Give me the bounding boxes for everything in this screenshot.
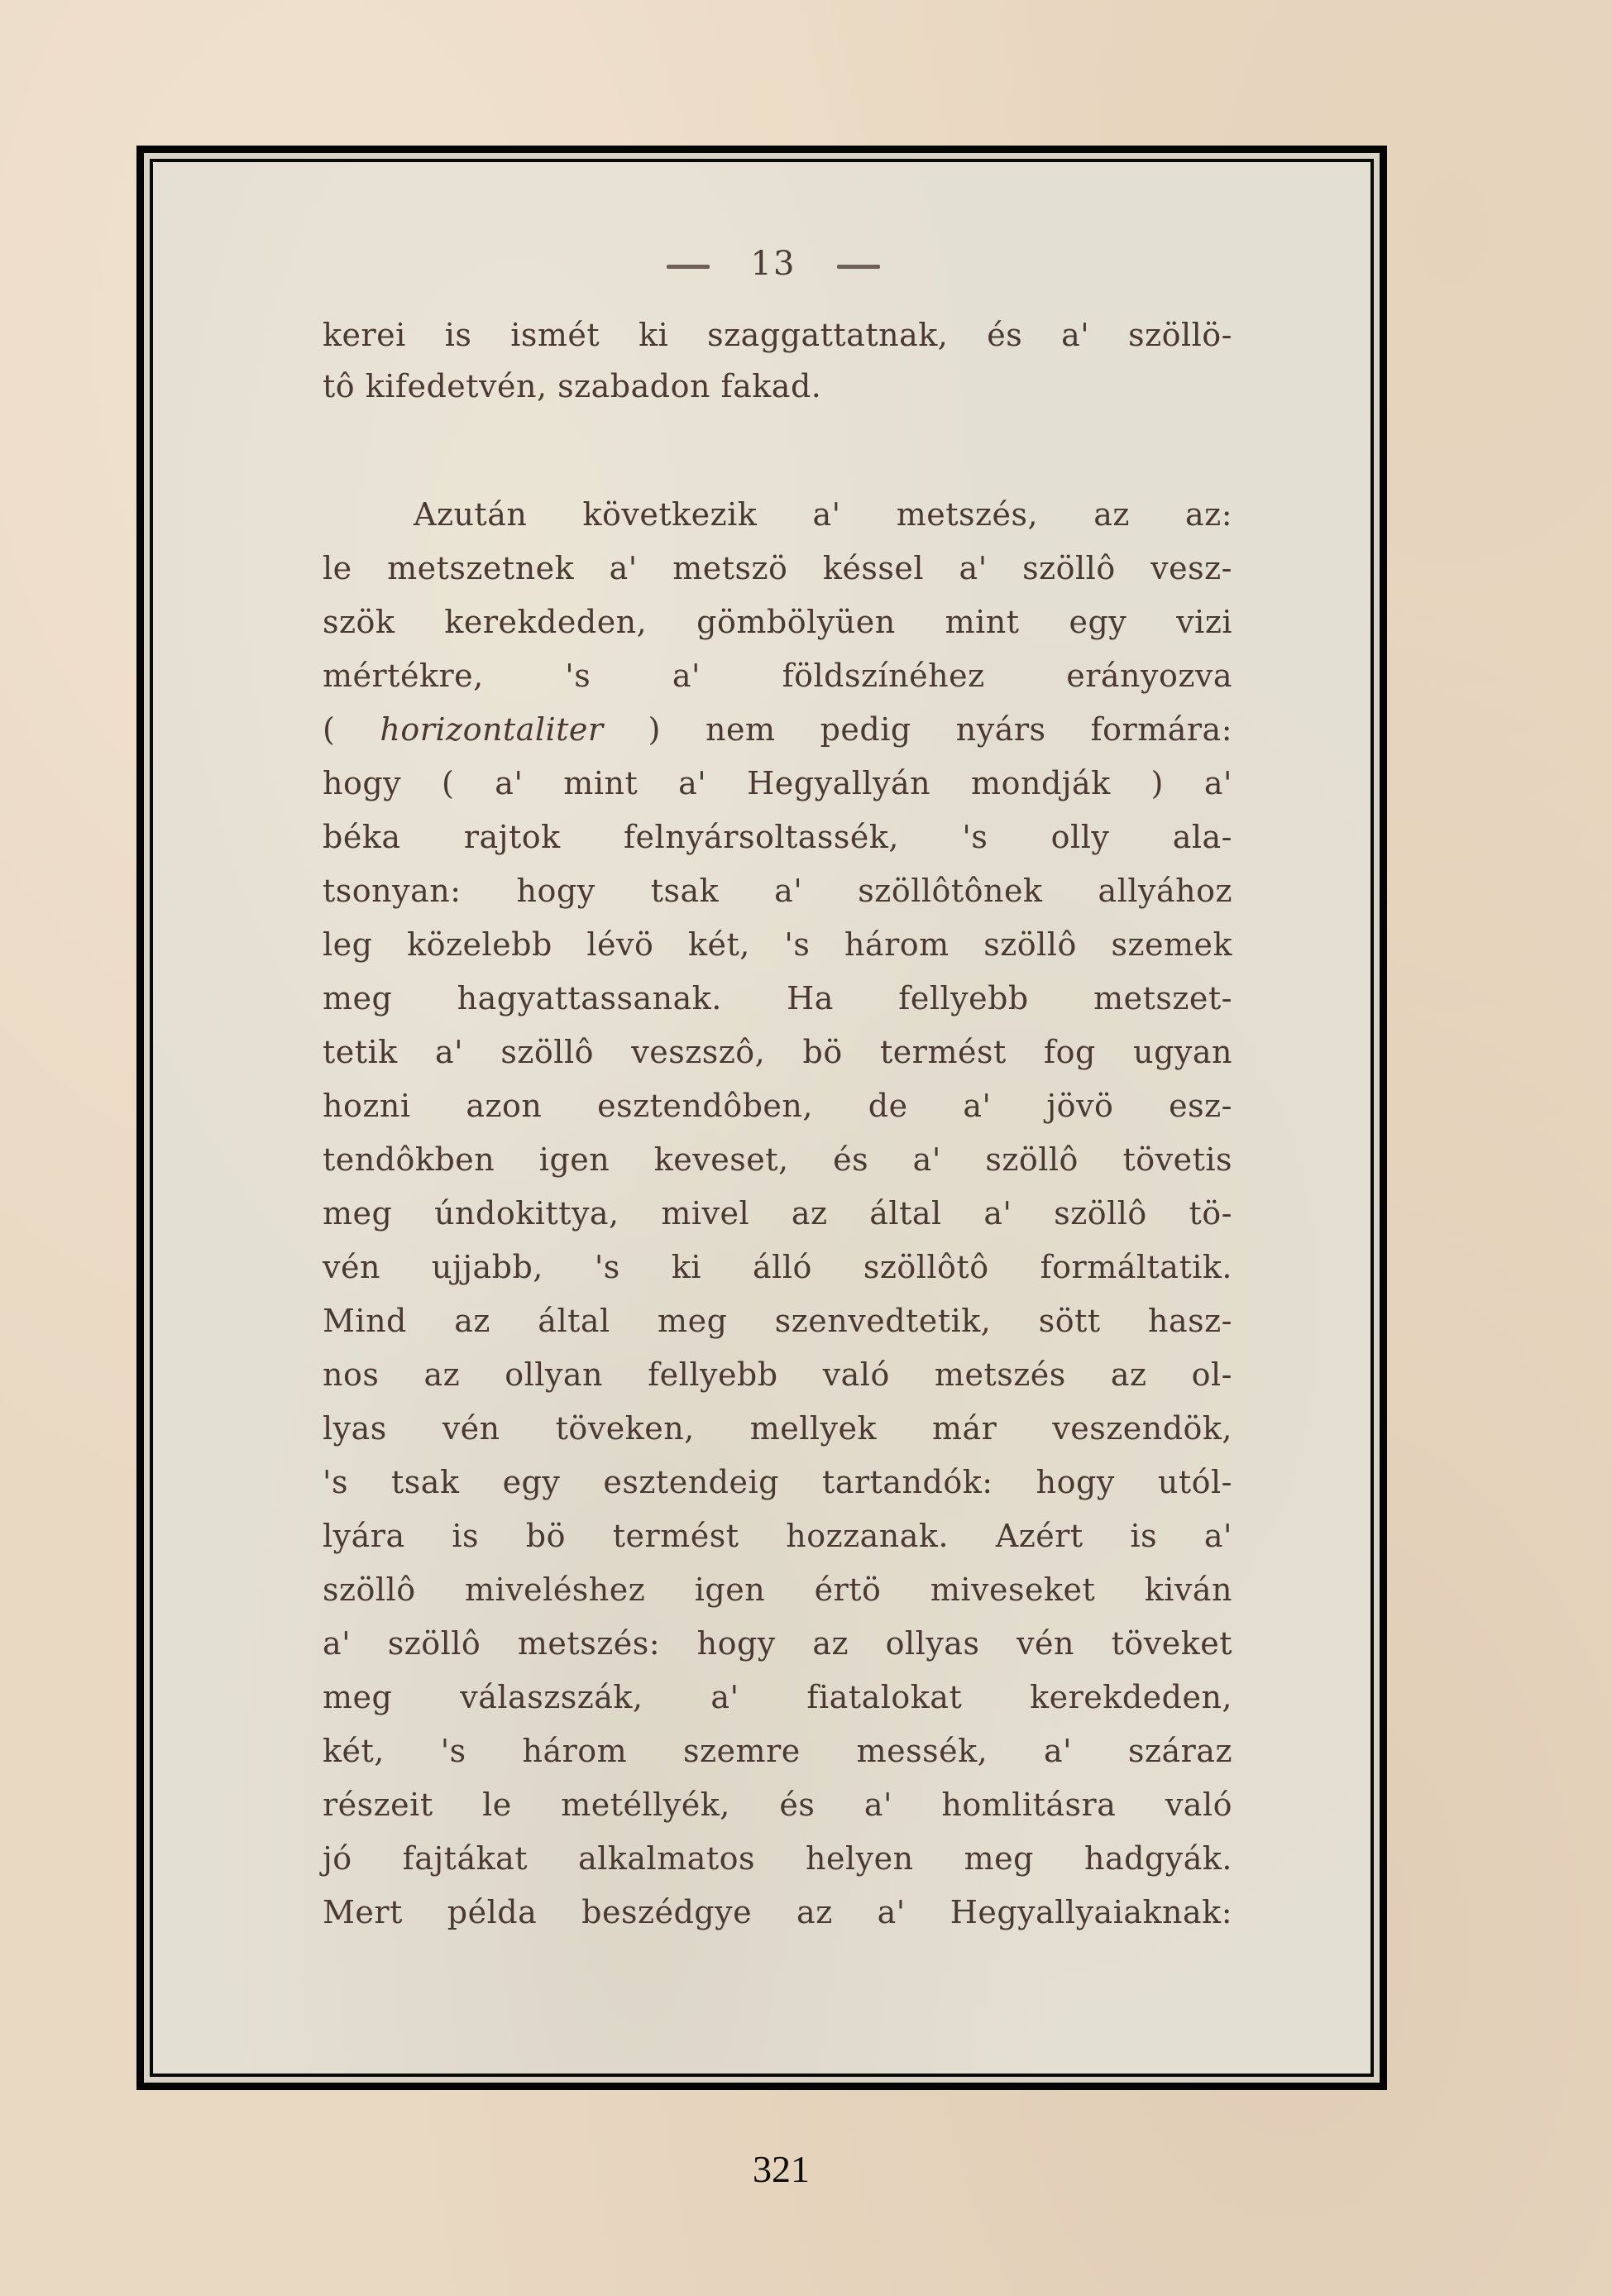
- running-header: 13: [153, 245, 1370, 283]
- text-line: hozni azon esztendôben, de a' jövö esz-: [323, 1079, 1232, 1133]
- text-line: jó fajtákat alkalmatos helyen meg hadgyá…: [323, 1832, 1232, 1886]
- text-line: szöllô miveléshez igen értö miveseket ki…: [323, 1563, 1232, 1617]
- paren-open: (: [323, 711, 380, 748]
- footer-page-number: 321: [0, 2147, 1612, 2191]
- header-left-dash-ornament: [667, 265, 710, 269]
- text-line: tetik a' szöllô veszszô, bö termést fog …: [323, 1026, 1232, 1079]
- line-remainder: ) nem pedig nyárs formára:: [604, 711, 1232, 748]
- text-line: tô kifedetvén, szabadon fakad.: [323, 361, 1232, 412]
- text-line: leg közelebb lévö két, 's három szöllô s…: [323, 918, 1232, 972]
- text-line: meg úndokittya, mivel az által a' szöllô…: [323, 1187, 1232, 1241]
- text-line: a' szöllô metszés: hogy az ollyas vén tö…: [323, 1617, 1232, 1671]
- text-line: szök kerekdeden, gömbölyüen mint egy viz…: [323, 596, 1232, 649]
- text-line: két, 's három szemre messék, a' száraz: [323, 1724, 1232, 1778]
- text-line: lyára is bö termést hozzanak. Azért is a…: [323, 1509, 1232, 1563]
- text-line: tendôkben igen keveset, és a' szöllô töv…: [323, 1133, 1232, 1187]
- text-line: meg hagyattassanak. Ha fellyebb metszet-: [323, 972, 1232, 1026]
- text-line: 's tsak egy esztendeig tartandók: hogy u…: [323, 1456, 1232, 1509]
- text-line: tsonyan: hogy tsak a' szöllôtônek allyáh…: [323, 864, 1232, 918]
- page-frame-inner-border: 13 kerei is ismét ki szaggattatnak, és a…: [150, 159, 1374, 2077]
- text-line: lyas vén töveken, mellyek már veszendök,: [323, 1402, 1232, 1456]
- text-line: Mind az által meg szenvedtetik, sött has…: [323, 1294, 1232, 1348]
- text-line: kerei is ismét ki szaggattatnak, és a' s…: [323, 309, 1232, 361]
- text-line: meg válaszszák, a' fiatalokat kerekdeden…: [323, 1671, 1232, 1724]
- text-line: nos az ollyan fellyebb való metszés az o…: [323, 1348, 1232, 1402]
- text-line: hogy ( a' mint a' Hegyallyán mondják ) a…: [323, 757, 1232, 811]
- text-line: mértékre, 's a' földszínéhez erányozva: [323, 649, 1232, 703]
- text-line: vén ujjabb, 's ki álló szöllôtô formálta…: [323, 1241, 1232, 1294]
- text-line: le metszetnek a' metszö késsel a' szöllô…: [323, 542, 1232, 596]
- text-line: béka rajtok felnyársoltassék, 's olly al…: [323, 811, 1232, 864]
- paragraph-1: kerei is ismét ki szaggattatnak, és a' s…: [323, 309, 1232, 412]
- page-frame-outer-border: 13 kerei is ismét ki szaggattatnak, és a…: [136, 146, 1387, 2090]
- text-line: részeit le metéllyék, és a' homlitásra v…: [323, 1778, 1232, 1832]
- header-right-dash-ornament: [837, 265, 880, 269]
- italic-latin-term: horizontaliter: [380, 711, 603, 748]
- text-line-with-italic: ( horizontaliter ) nem pedig nyárs formá…: [323, 703, 1232, 757]
- text-line: Azután következik a' metszés, az az:: [323, 488, 1232, 542]
- header-page-number: 13: [751, 245, 796, 283]
- text-line: Mert példa beszédgye az a' Hegyallyaiakn…: [323, 1886, 1232, 1940]
- paragraph-2: Azután következik a' metszés, az az: le …: [323, 488, 1232, 1940]
